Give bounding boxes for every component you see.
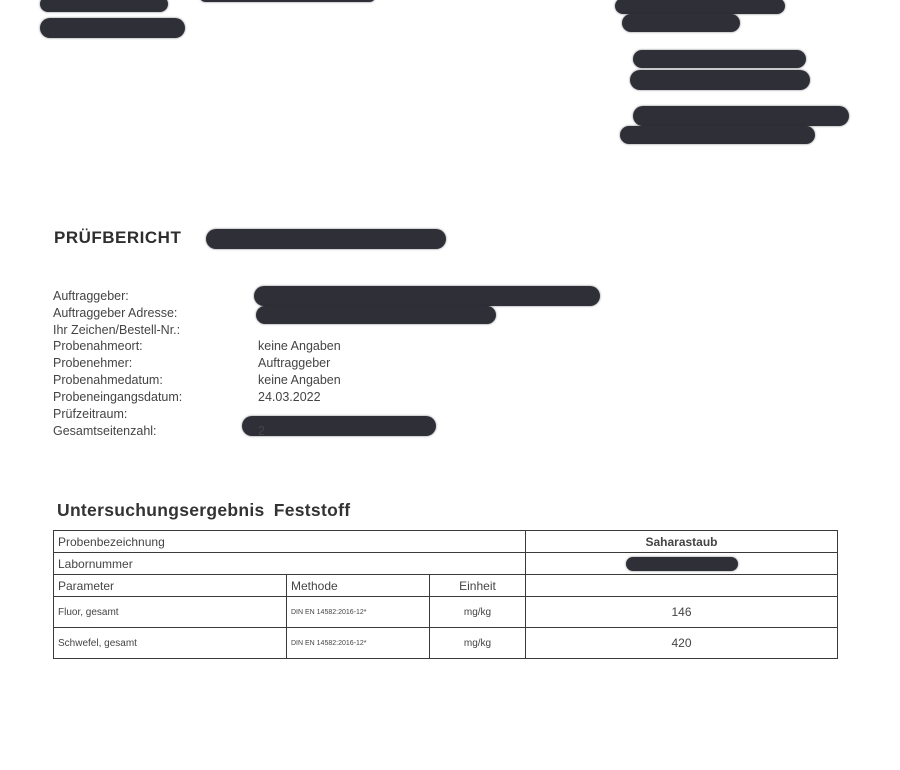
cell-value: 146 <box>526 597 838 628</box>
report-info: Auftraggeber: Auftraggeber Adresse: Ihr … <box>53 287 341 440</box>
info-row: Probenehmer:Auftraggeber <box>53 354 341 373</box>
info-value: Auftraggeber <box>258 354 330 373</box>
redaction-mark <box>620 126 815 144</box>
info-row: Probeneingangsdatum:24.03.2022 <box>53 388 341 407</box>
cell-unit: mg/kg <box>430 628 526 659</box>
cell-parameter: Schwefel, gesamt <box>54 628 287 659</box>
lab-number-value <box>526 553 838 575</box>
redaction-mark <box>40 0 168 12</box>
info-row: Probenahmedatum:keine Angaben <box>53 371 341 390</box>
sample-label: Probenbezeichnung <box>54 531 526 553</box>
redaction-mark <box>633 106 849 126</box>
results-table: Probenbezeichnung Saharastaub Labornumme… <box>53 530 838 659</box>
info-label: Auftraggeber Adresse: <box>53 304 258 323</box>
redaction-mark <box>40 18 185 38</box>
redaction-mark <box>622 14 740 32</box>
header-method: Methode <box>287 575 430 597</box>
info-label: Gesamtseitenzahl: <box>53 422 258 441</box>
info-label: Probenahmedatum: <box>53 371 258 390</box>
table-row: Labornummer <box>54 553 838 575</box>
redaction-mark <box>200 0 375 2</box>
redaction-mark <box>626 557 738 571</box>
info-row: Auftraggeber Adresse: <box>53 304 341 323</box>
info-row: Gesamtseitenzahl:2 <box>53 422 341 441</box>
info-label: Auftraggeber: <box>53 287 258 306</box>
redaction-mark <box>615 0 785 14</box>
info-label: Probeneingangsdatum: <box>53 388 258 407</box>
cell-method: DIN EN 14582:2016-12* <box>287 597 430 628</box>
cell-value: 420 <box>526 628 838 659</box>
header-unit: Einheit <box>430 575 526 597</box>
info-value: 24.03.2022 <box>258 388 321 407</box>
table-header-row: Parameter Methode Einheit <box>54 575 838 597</box>
info-label: Prüfzeitraum: <box>53 405 258 424</box>
sample-name: Saharastaub <box>526 531 838 553</box>
cell-unit: mg/kg <box>430 597 526 628</box>
info-label: Probenahmeort: <box>53 337 258 356</box>
header-parameter: Parameter <box>54 575 287 597</box>
info-row: Prüfzeitraum: <box>53 405 341 424</box>
info-value: keine Angaben <box>258 337 341 356</box>
table-row: Probenbezeichnung Saharastaub <box>54 531 838 553</box>
info-label: Probenehmer: <box>53 354 258 373</box>
redaction-mark <box>206 229 446 249</box>
redaction-mark <box>630 70 810 90</box>
info-row: Auftraggeber: <box>53 287 341 306</box>
info-row: Ihr Zeichen/Bestell-Nr.: <box>53 321 341 340</box>
table-row: Fluor, gesamt DIN EN 14582:2016-12* mg/k… <box>54 597 838 628</box>
info-row: Probenahmeort:keine Angaben <box>53 337 341 356</box>
header-value <box>526 575 838 597</box>
info-value: keine Angaben <box>258 371 341 390</box>
cell-method: DIN EN 14582:2016-12* <box>287 628 430 659</box>
report-title: PRÜFBERICHT <box>54 228 181 248</box>
info-label: Ihr Zeichen/Bestell-Nr.: <box>53 321 258 340</box>
lab-number-label: Labornummer <box>54 553 526 575</box>
cell-parameter: Fluor, gesamt <box>54 597 287 628</box>
info-value: 2 <box>258 422 265 441</box>
redaction-mark <box>633 50 806 68</box>
table-row: Schwefel, gesamt DIN EN 14582:2016-12* m… <box>54 628 838 659</box>
section-title: Untersuchungsergebnis Feststoff <box>57 500 350 521</box>
